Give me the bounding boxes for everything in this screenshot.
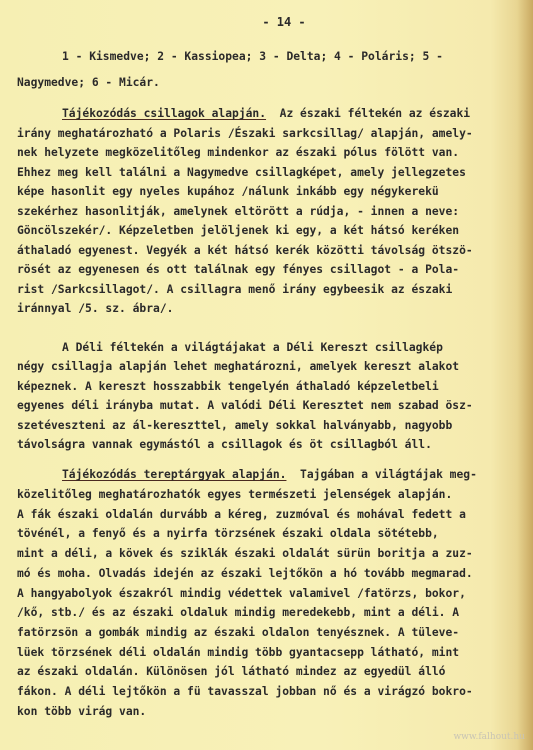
text-line: kon több virág van. <box>17 705 146 719</box>
document-page: - 14 - 1 - Kismedve; 2 - Kassiopea; 3 - … <box>0 0 533 750</box>
text-line: képeznek. A kereszt hosszabbik tengelyén… <box>17 380 439 394</box>
section-1-first-line-text: Az északi féltekén az északi <box>266 107 470 120</box>
text-line: rist /Sarkcsillagot/. A csillagra menő i… <box>17 283 452 297</box>
section-3-first-line: Tájékozódás tereptárgyak alapján. Tajgáb… <box>62 468 477 482</box>
figure-caption-line-2: Nagymedve; 6 - Micár. <box>17 76 160 90</box>
text-line: /kő, stb./ és az északi oldaluk mindig m… <box>17 606 459 620</box>
page-number: - 14 - <box>0 15 533 29</box>
text-line: Göncölszekér/. Képzeletben jelöljenek ki… <box>17 224 459 238</box>
text-line: Ehhez meg kell találni a Nagymedve csill… <box>17 166 466 180</box>
text-line: szetéveszteni az ál-kereszttel, amely so… <box>17 419 452 433</box>
text-line: nek helyzete megközelitőleg mindenkor az… <box>17 146 459 160</box>
text-line: áthaladó egyenest. Vegyék a két hátsó ke… <box>17 244 473 258</box>
text-line: egyenes déli irányba mutat. A valódi Dél… <box>17 399 473 413</box>
section-1-first-line: Tájékozódás csillagok alapján. Az északi… <box>62 107 470 121</box>
text-line: lüek törzsének déli oldalán mindig több … <box>17 646 459 660</box>
text-line: fákon. A déli lejtőkön a fü tavasszal jo… <box>17 685 473 699</box>
text-line: közelitőleg meghatározhatók egyes termés… <box>17 488 452 502</box>
text-line: A hangyabolyok északról mindig védettek … <box>17 587 466 601</box>
text-line: mint a déli, a kövek és sziklák északi o… <box>17 547 473 561</box>
text-line: az északi oldalán. Különösen jól látható… <box>17 665 445 679</box>
text-line: távolságra vannak egymástól a csillagok … <box>17 438 432 452</box>
text-line: tövénél, a fenyő és a nyirfa törzsének é… <box>17 527 439 541</box>
text-line: négy csillagja alapján lehet meghatározn… <box>17 360 459 374</box>
watermark: www.falhout.hu <box>453 732 525 742</box>
figure-caption-line-1: 1 - Kismedve; 2 - Kassiopea; 3 - Delta; … <box>62 50 443 64</box>
section-3-heading: Tájékozódás tereptárgyak alapján. <box>62 468 286 481</box>
text-line: A fák északi oldalán durvább a kéreg, zu… <box>17 508 466 522</box>
text-line: rösét az egyenesen és ott találnak egy f… <box>17 263 459 277</box>
text-line: irány meghatározható a Polaris /Északi s… <box>17 127 473 141</box>
section-1-heading: Tájékozódás csillagok alapján. <box>62 107 266 120</box>
text-line: mó és moha. Olvadás idején az északi lej… <box>17 567 473 581</box>
text-line: szekérhez hasonlitják, amelynek eltörött… <box>17 205 459 219</box>
section-3-first-line-text: Tajgában a világtájak meg- <box>286 468 476 481</box>
text-line: képe hasonlit egy nyeles kupához /nálunk… <box>17 185 439 199</box>
text-line: iránnyal /5. sz. ábra/. <box>17 302 173 316</box>
text-line: fatörzsön a gombák mindig az északi olda… <box>17 626 459 640</box>
section-2-first-line: A Déli féltekén a világtájakat a Déli Ke… <box>62 341 443 355</box>
